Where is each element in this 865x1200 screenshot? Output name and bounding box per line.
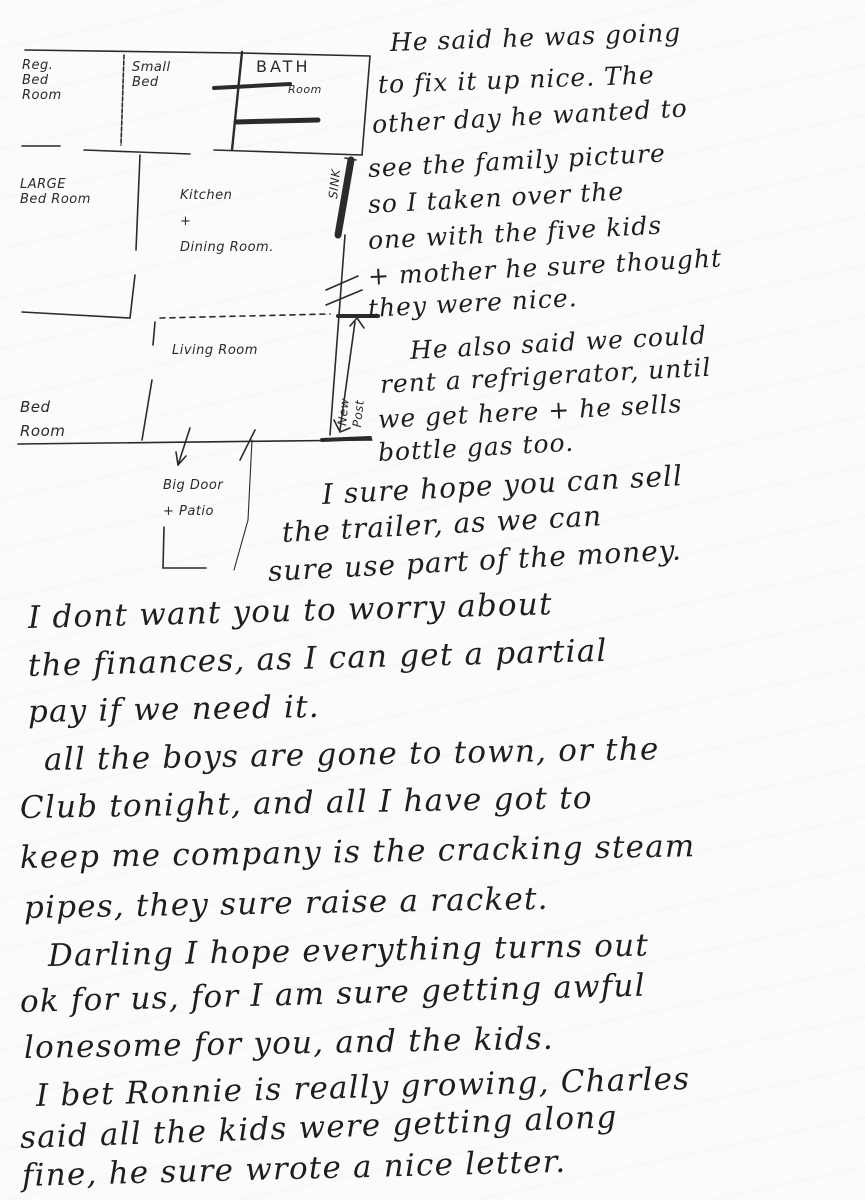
main-text-line: pay if we need it. xyxy=(28,689,320,730)
room-label-sink: SINK xyxy=(326,168,344,199)
main-text-line: I dont want you to worry about xyxy=(28,586,554,636)
main-text-line: keep me company is the cracking steam xyxy=(20,828,696,876)
room-label-big-door-patio: Big Door + Patio xyxy=(163,473,223,525)
main-text-line: lonesome for you, and the kids. xyxy=(24,1021,555,1066)
main-text-line: the finances, as I can get a partial xyxy=(28,633,608,684)
main-text-line: Darling I hope everything turns out xyxy=(48,928,650,974)
room-label-bath-struck: Room xyxy=(288,82,322,97)
room-label-living-room: Living Room xyxy=(172,343,258,358)
side-text-line: so I taken over the xyxy=(367,177,625,219)
main-text-line: all the boys are gone to town, or the xyxy=(44,731,660,778)
room-label-bedroom: Bed Room xyxy=(20,395,65,443)
side-text-line: bottle gas too. xyxy=(377,428,574,467)
room-label-kitchen-dining: Kitchen + Dining Room. xyxy=(180,183,274,261)
main-text-line: pipes, they sure raise a racket. xyxy=(24,881,549,926)
room-label-large-bedroom: LARGE Bed Room xyxy=(20,177,91,207)
main-text-line: ok for us, for I am sure getting awful xyxy=(20,968,647,1020)
letter-page: Reg. Bed Room Small Bed BATH Room SINK L… xyxy=(0,0,865,1200)
main-text-line: Club tonight, and all I have got to xyxy=(20,780,593,826)
room-label-bath: BATH xyxy=(256,59,310,74)
room-label-small-bed: Small Bed xyxy=(132,60,171,90)
side-text-line: He said he was going xyxy=(389,18,681,57)
side-text-line: other day he wanted to xyxy=(371,93,688,138)
room-label-new-post: New Post xyxy=(335,380,370,428)
side-text-line: to fix it up nice. The xyxy=(377,60,655,99)
room-label-reg-bedroom: Reg. Bed Room xyxy=(22,58,62,103)
